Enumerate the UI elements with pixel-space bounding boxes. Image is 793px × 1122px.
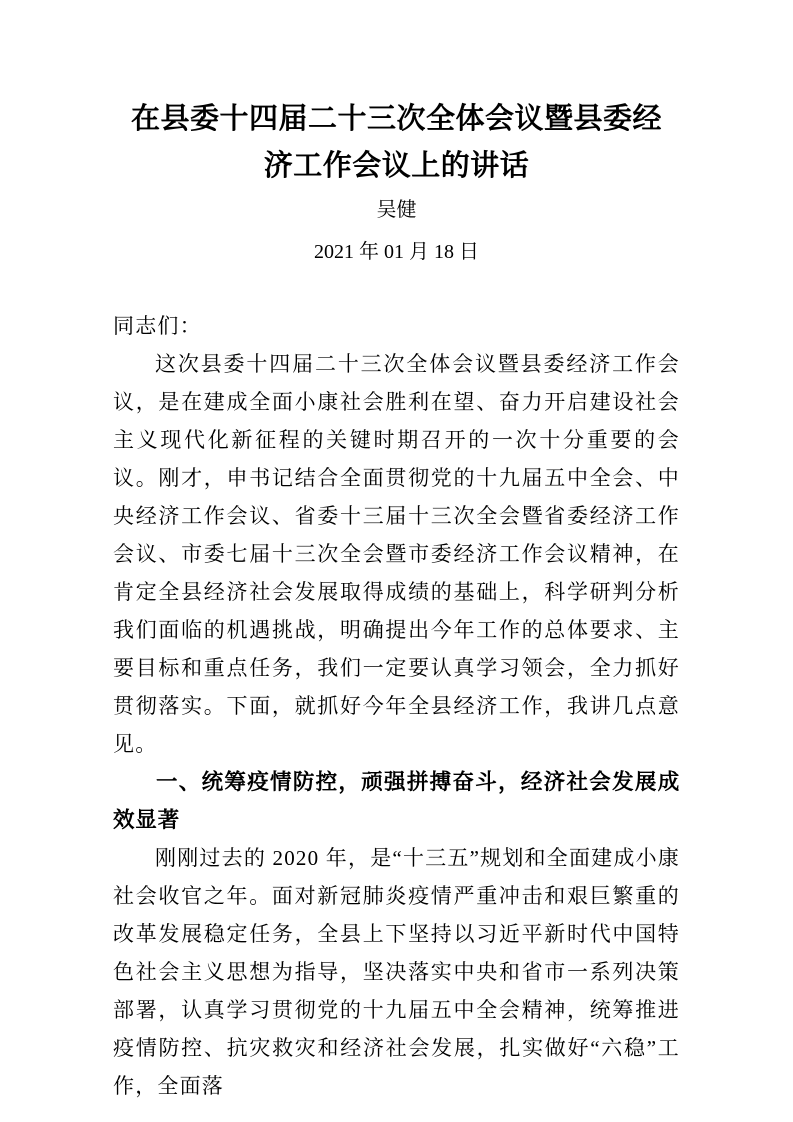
- document-body: 同志们： 这次县委十四届二十三次全体会议暨县委经济工作会议，是在建成全面小康社会…: [113, 307, 680, 1105]
- title-line-2: 济工作会议上的讲话: [113, 143, 680, 190]
- document-title: 在县委十四届二十三次全体会议暨县委经 济工作会议上的讲话: [113, 96, 680, 190]
- title-line-1: 在县委十四届二十三次全体会议暨县委经: [113, 96, 680, 143]
- paragraph-2: 刚刚过去的 2020 年，是“十三五”规划和全面建成小康社会收官之年。面对新冠肺…: [113, 839, 680, 1105]
- document-page: 在县委十四届二十三次全体会议暨县委经 济工作会议上的讲话 吴健 2021 年 0…: [0, 0, 793, 1122]
- date: 2021 年 01 月 18 日: [113, 237, 680, 267]
- salutation: 同志们：: [113, 307, 680, 345]
- section-heading-1: 一、统筹疫情防控，顽强拼搏奋斗，经济社会发展成效显著: [113, 763, 680, 839]
- paragraph-1: 这次县委十四届二十三次全体会议暨县委经济工作会议，是在建成全面小康社会胜利在望、…: [113, 345, 680, 763]
- author: 吴健: [113, 195, 680, 225]
